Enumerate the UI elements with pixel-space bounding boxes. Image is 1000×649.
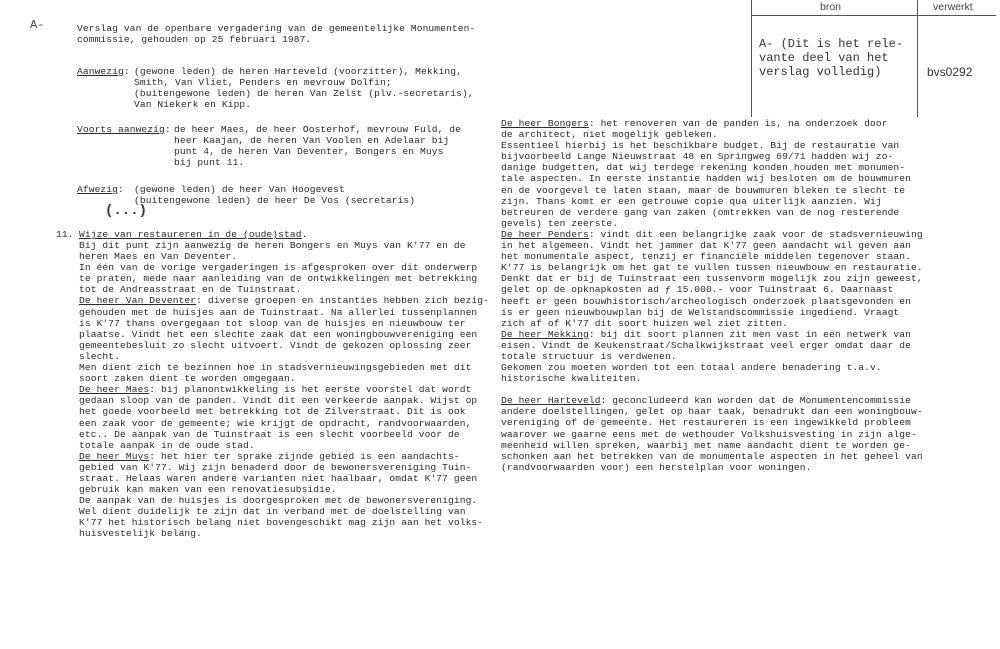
voorts-aanwezig-label: Voorts aanwezig: <box>77 124 171 135</box>
paragraph-intro: Bij dit punt zijn aanwezig de heren Bong… <box>79 240 499 295</box>
left-column: Bij dit punt zijn aanwezig de heren Bong… <box>79 240 499 540</box>
afwezig-list: (gewone leden) de heer Van Hoogevest (bu… <box>134 184 415 206</box>
divider <box>917 0 918 117</box>
paragraph-mekking: De heer Mekking: bij dit soort plannen z… <box>501 329 981 384</box>
speaker-name: De heer Bongers <box>501 118 589 129</box>
divider <box>751 15 996 16</box>
paragraph-penders: De heer Penders: vindt dit een belangrij… <box>501 229 981 329</box>
header-verwerkt: verwerkt <box>933 1 973 13</box>
speaker-name: De heer Harteveld <box>501 395 601 406</box>
item-number: 11. <box>56 229 74 240</box>
speaker-name: De heer Mekking <box>501 329 589 340</box>
source-box: bron verwerkt A- (Dit is het rele-vante … <box>751 0 1000 118</box>
paragraph-harteveld: De heer Harteveld: geconcludeerd kan wor… <box>501 395 981 473</box>
afwezig-label: Afwezig: <box>77 184 124 195</box>
paragraph-van-deventer: De heer Van Deventer: diverse groepen en… <box>79 295 499 384</box>
bron-note: A- (Dit is het rele-vante deel van hetve… <box>759 37 903 79</box>
aanwezig-label: Aanwezig: <box>77 66 130 77</box>
paragraph-maes: De heer Maes: bij planontwikkeling is he… <box>79 384 499 451</box>
speaker-name: De heer Van Deventer <box>79 295 196 306</box>
speaker-name: De heer Muys <box>79 451 149 462</box>
right-column: De heer Bongers: het renoveren van de pa… <box>501 118 981 473</box>
margin-marker: A- <box>30 18 44 32</box>
ellipsis: (...) <box>105 203 147 219</box>
item-heading: Wijze van restaureren in de (oude)stad. <box>79 229 307 240</box>
verwerkt-value: bvs0292 <box>927 65 972 79</box>
divider <box>751 0 752 117</box>
paragraph-bongers: De heer Bongers: het renoveren van de pa… <box>501 118 981 229</box>
paragraph-muys: De heer Muys: het hier ter sprake zijnde… <box>79 451 499 540</box>
document-title: Verslag van de openbare vergadering van … <box>77 23 475 45</box>
speaker-name: De heer Maes <box>79 384 149 395</box>
voorts-aanwezig-list: de heer Maes, de heer Oosterhof, mevrouw… <box>174 124 461 168</box>
aanwezig-list: (gewone leden) de heren Harteveld (voorz… <box>134 66 474 110</box>
header-bron: bron <box>820 1 841 13</box>
speaker-name: De heer Penders <box>501 229 589 240</box>
